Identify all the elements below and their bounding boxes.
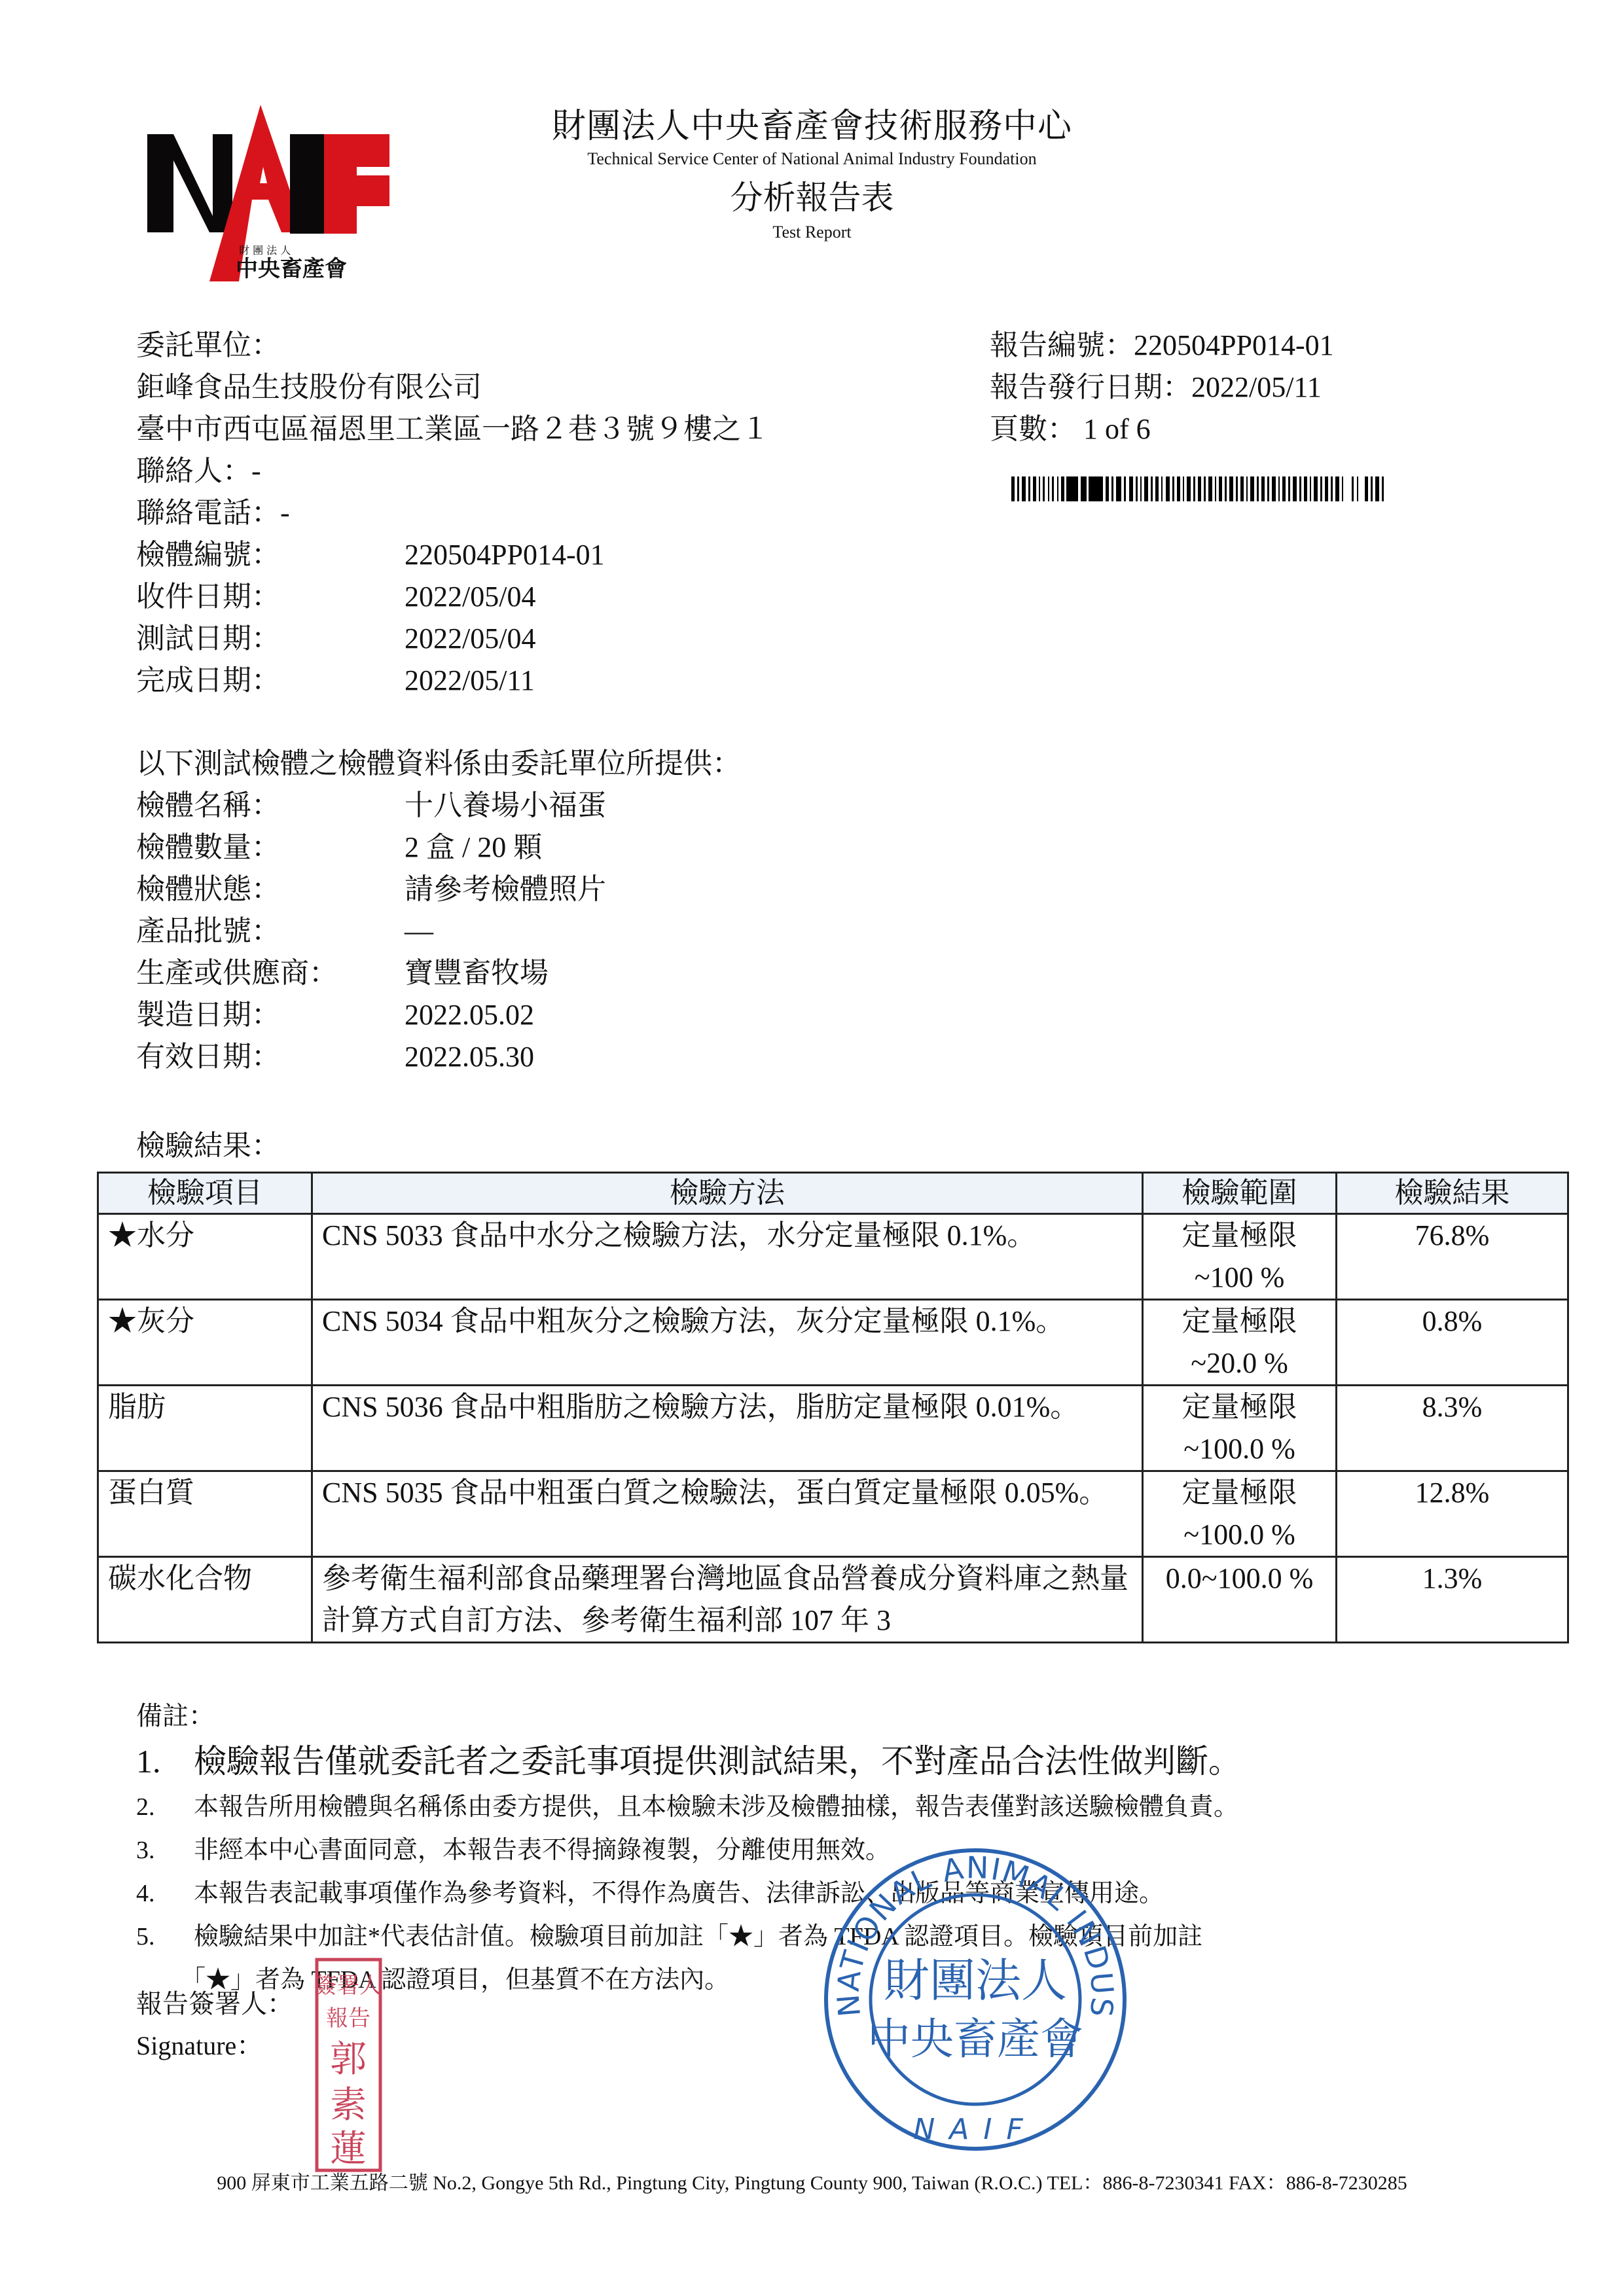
cell-item: ★灰分 (98, 1300, 312, 1386)
field-supplier: 生產或供應商：寶豐畜牧場 (136, 952, 922, 994)
table-header-row: 檢驗項目 檢驗方法 檢驗範圍 檢驗結果 (98, 1173, 1568, 1214)
svg-text:中央畜產會: 中央畜產會 (867, 2014, 1083, 2064)
cell-method: CNS 5033 食品中水分之檢驗方法，水分定量極限 0.1%。 (312, 1214, 1143, 1300)
org-name-cn: 財團法人中央畜產會技術服務中心 (0, 98, 1624, 147)
table-row: ★水分 CNS 5033 食品中水分之檢驗方法，水分定量極限 0.1%。 定量極… (98, 1214, 1568, 1300)
col-range: 檢驗範圍 (1143, 1173, 1337, 1214)
org-name-en: Technical Service Center of National Ani… (0, 149, 1624, 169)
barcode-icon (1011, 476, 1388, 501)
results-table: 檢驗項目 檢驗方法 檢驗範圍 檢驗結果 ★水分 CNS 5033 食品中水分之檢… (97, 1172, 1569, 1643)
client-label: 委託單位： (136, 325, 922, 367)
signature-label-en: Signature： (136, 2025, 293, 2067)
signer-seal-icon: 簽署人 報告 郭 素 蓮 (314, 1957, 383, 2173)
report-title-en: Test Report (0, 223, 1624, 242)
field-received-date: 收件日期：2022/05/04 (136, 576, 922, 618)
table-row: 脂肪 CNS 5036 食品中粗脂肪之檢驗方法，脂肪定量極限 0.01%。 定量… (98, 1386, 1568, 1471)
cell-result: 8.3% (1337, 1386, 1568, 1471)
report-meta: 報告編號：220504PP014-01 報告發行日期：2022/05/11 頁數… (990, 325, 1448, 450)
signature-label-cn: 報告簽署人： (136, 1983, 293, 2025)
field-test-date: 測試日期：2022/05/04 (136, 618, 922, 660)
field-sample-name: 檢體名稱：十八養場小福蛋 (136, 785, 922, 827)
svg-text:NAIF: NAIF (913, 2113, 1037, 2146)
cell-range: 定量極限~100.0 % (1143, 1386, 1337, 1471)
contact-phone: 聯絡電話：- (136, 492, 922, 534)
cell-range: 0.0~100.0 % (1143, 1557, 1337, 1643)
client-company: 鉅峰食品生技股份有限公司 (136, 367, 922, 408)
field-expiry-date: 有效日期：2022.05.30 (136, 1036, 922, 1078)
cell-result: 0.8% (1337, 1300, 1568, 1386)
col-result: 檢驗結果 (1337, 1173, 1568, 1214)
table-row: ★灰分 CNS 5034 食品中粗灰分之檢驗方法，灰分定量極限 0.1%。 定量… (98, 1300, 1568, 1386)
report-pages: 頁數： 1 of 6 (990, 408, 1448, 450)
svg-text:素: 素 (330, 2084, 367, 2126)
contact-person: 聯絡人：- (136, 450, 922, 492)
cell-method: CNS 5036 食品中粗脂肪之檢驗方法，脂肪定量極限 0.01%。 (312, 1386, 1143, 1471)
svg-text:郭: 郭 (330, 2038, 367, 2081)
cell-method: CNS 5034 食品中粗灰分之檢驗方法，灰分定量極限 0.1%。 (312, 1300, 1143, 1386)
svg-text:中央畜產會: 中央畜產會 (236, 256, 347, 282)
cell-method: CNS 5035 食品中粗蛋白質之檢驗法，蛋白質定量極限 0.05%。 (312, 1471, 1143, 1557)
sample-info: 以下測試檢體之檢體資料係由委託單位所提供： 檢體名稱：十八養場小福蛋 檢體數量：… (136, 743, 922, 1078)
report-title-cn: 分析報告表 (0, 171, 1624, 219)
cell-item: ★水分 (98, 1214, 312, 1300)
report-issue-date: 報告發行日期：2022/05/11 (990, 367, 1448, 408)
cell-item: 脂肪 (98, 1386, 312, 1471)
svg-text:報告: 報告 (326, 2005, 370, 2032)
svg-text:蓮: 蓮 (330, 2128, 367, 2170)
col-item: 檢驗項目 (98, 1173, 312, 1214)
results-label: 檢驗結果： (136, 1122, 280, 1164)
client-address: 臺中市西屯區福恩里工業區一路２巷３號９樓之１ (136, 408, 922, 450)
notes-label: 備註： (136, 1695, 1576, 1737)
cell-result: 1.3% (1337, 1557, 1568, 1643)
table-row: 蛋白質 CNS 5035 食品中粗蛋白質之檢驗法，蛋白質定量極限 0.05%。 … (98, 1471, 1568, 1557)
field-sample-id: 檢體編號：220504PP014-01 (136, 534, 922, 576)
cell-range: 定量極限~100.0 % (1143, 1471, 1337, 1557)
field-sample-qty: 檢體數量：2 盒 / 20 顆 (136, 827, 922, 869)
field-mfg-date: 製造日期：2022.05.02 (136, 994, 922, 1036)
cell-item: 碳水化合物 (98, 1557, 312, 1643)
svg-text:財團法人: 財團法人 (884, 1954, 1067, 2007)
note-item: 1.檢驗報告僅就委託者之委託事項提供測試結果，不對產品合法性做判斷。 (136, 1737, 1576, 1785)
signature-block: 報告簽署人： Signature： (136, 1983, 293, 2067)
table-row: 碳水化合物 參考衛生福利部食品藥理署台灣地區食品營養成分資料庫之熱量計算方式自訂… (98, 1557, 1568, 1643)
sample-intro: 以下測試檢體之檢體資料係由委託單位所提供： (136, 743, 922, 785)
field-complete-date: 完成日期：2022/05/11 (136, 660, 922, 702)
report-number: 報告編號：220504PP014-01 (990, 325, 1448, 367)
col-method: 檢驗方法 (312, 1173, 1143, 1214)
cell-method: 參考衛生福利部食品藥理署台灣地區食品營養成分資料庫之熱量計算方式自訂方法、參考衛… (312, 1557, 1143, 1643)
cell-result: 76.8% (1337, 1214, 1568, 1300)
footer-address: 900 屏東市工業五路二號 No.2, Gongye 5th Rd., Ping… (0, 2166, 1624, 2195)
cell-result: 12.8% (1337, 1471, 1568, 1557)
field-batch-no: 產品批號：— (136, 910, 922, 952)
organization-stamp-icon: NATIONAL ANIMAL INDUSTRY FOUNDATION NAIF… (821, 1846, 1129, 2153)
note-item: 2.本報告所用檢體與名稱係由委方提供，且本檢驗未涉及檢體抽樣，報告表僅對該送驗檢… (136, 1785, 1576, 1829)
cell-range: 定量極限~100 % (1143, 1214, 1337, 1300)
svg-text:簽署人: 簽署人 (315, 1973, 382, 1999)
cell-range: 定量極限~20.0 % (1143, 1300, 1337, 1386)
client-info: 委託單位： 鉅峰食品生技股份有限公司 臺中市西屯區福恩里工業區一路２巷３號９樓之… (136, 325, 922, 702)
field-sample-state: 檢體狀態：請參考檢體照片 (136, 869, 922, 910)
svg-text:財 團 法 人: 財 團 法 人 (239, 244, 291, 257)
cell-item: 蛋白質 (98, 1471, 312, 1557)
